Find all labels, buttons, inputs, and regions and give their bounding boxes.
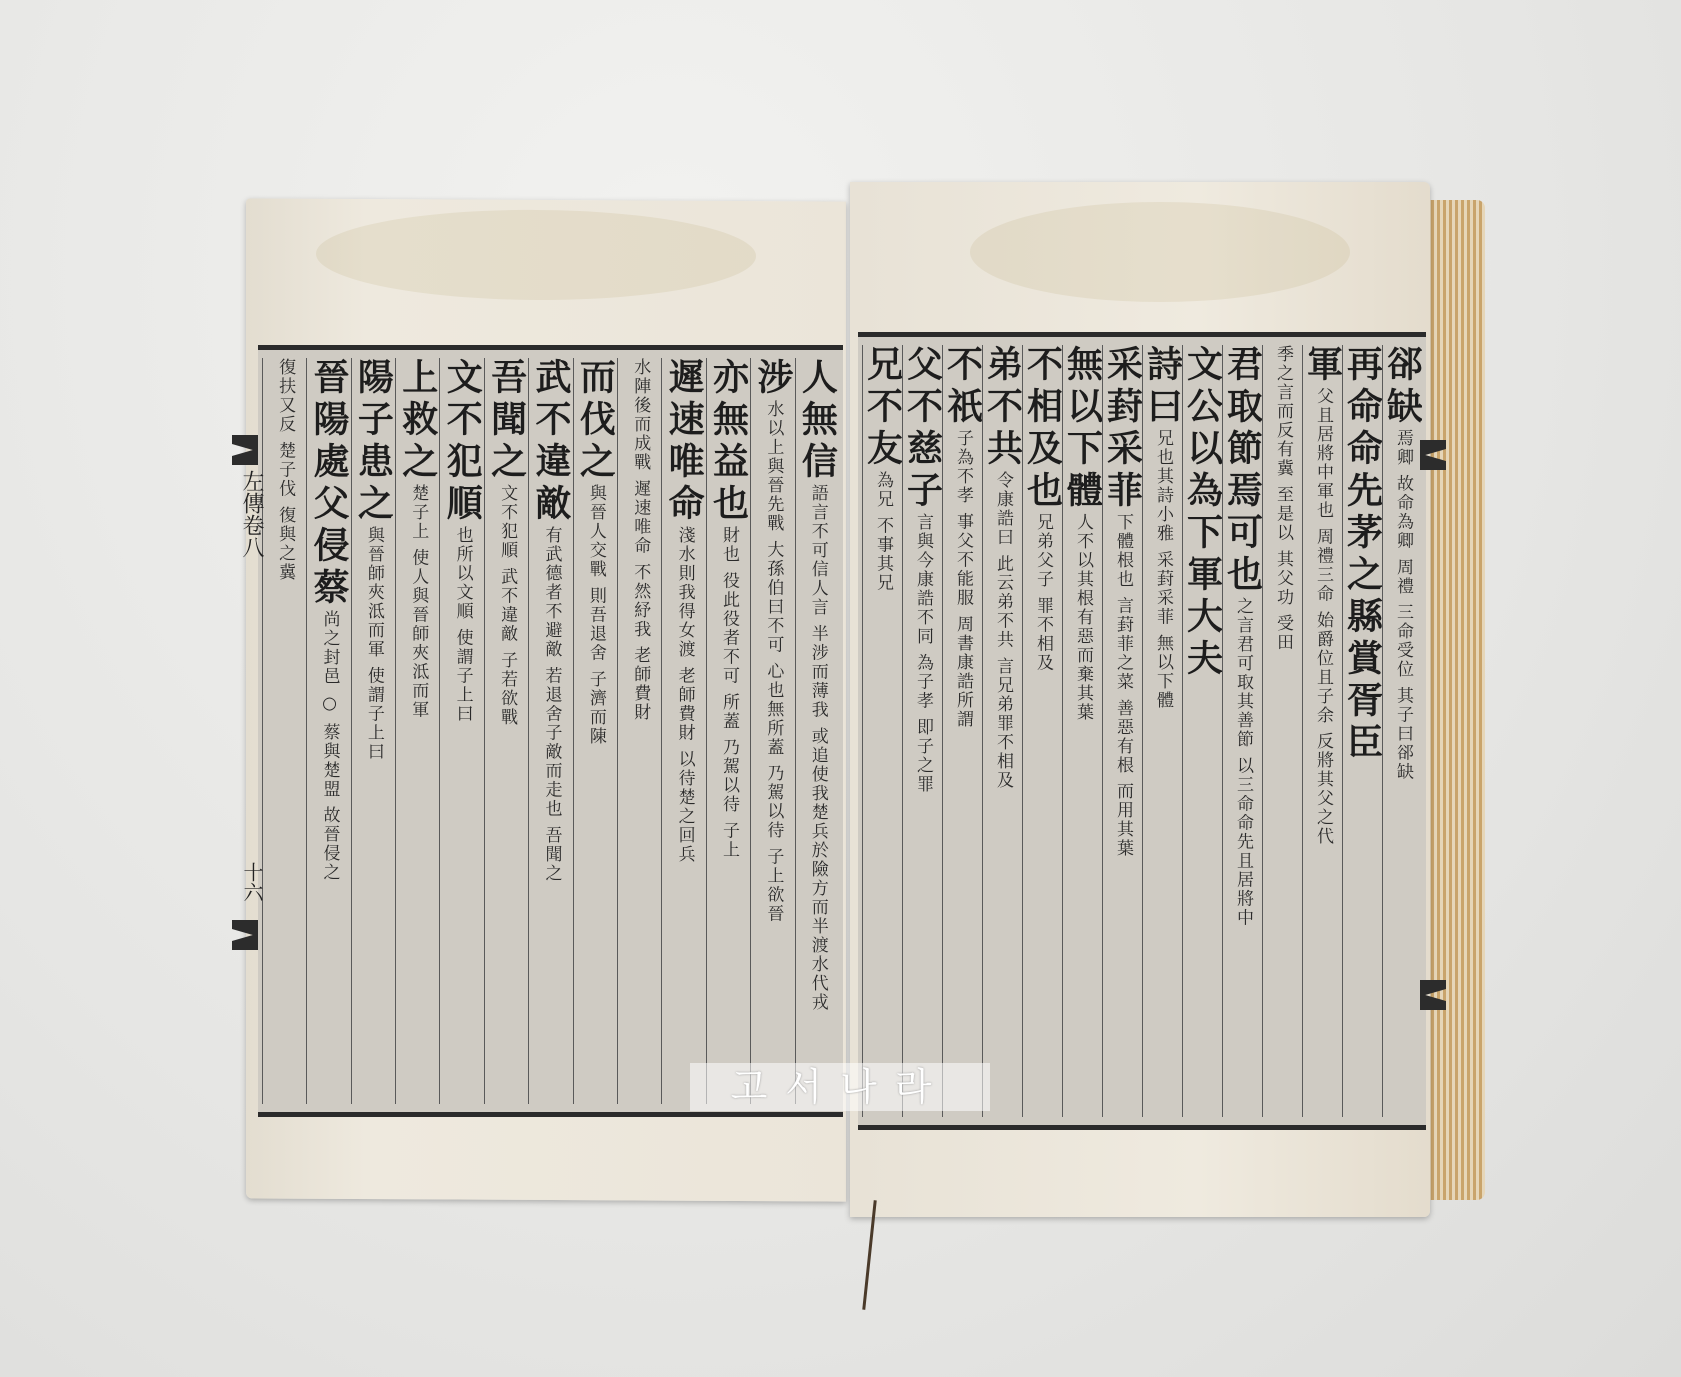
main-text: 不相及也 bbox=[1022, 345, 1062, 513]
main-text: 君取節焉可也 bbox=[1222, 345, 1262, 597]
right-page-text-frame: 郤缺焉卿 故命為卿 周禮 三命受位 其子曰郤缺再命命先茅之縣賞胥臣軍父且居將中軍… bbox=[858, 332, 1426, 1130]
main-text: 上救之 bbox=[396, 358, 440, 484]
commentary-text: 與晉人交戰 則吾退舍 子濟而陳 bbox=[586, 484, 605, 746]
text-column: 郤缺焉卿 故命為卿 周禮 三命受位 其子曰郤缺 bbox=[1382, 345, 1422, 1117]
commentary-text: 也所以文順 使謂子上曰 bbox=[453, 526, 472, 723]
commentary-text: 言與今康誥不同 為子孝 即子之罪 bbox=[913, 513, 932, 794]
commentary-text: 子為不孝 事父不能服 周書康誥所謂 bbox=[953, 429, 972, 729]
main-text: 軍 bbox=[1302, 345, 1342, 387]
commentary-text: 焉卿 故命為卿 周禮 三命受位 其子曰郤缺 bbox=[1393, 429, 1412, 782]
text-column: 吾聞之文不犯順 武不違敵 子若欲戰 bbox=[484, 358, 528, 1104]
text-column: 上救之楚子上 使人與晉師夾泜而軍 bbox=[395, 358, 439, 1104]
main-text: 父不慈子 bbox=[902, 345, 942, 513]
text-column: 遲速唯命淺水則我得女渡 老師費財 以待楚之回兵 bbox=[661, 358, 705, 1104]
commentary-text: 人不以其根有惡而棄其葉 bbox=[1073, 513, 1092, 722]
text-column: 晉陽處父侵蔡尚之封邑 ○ 蔡與楚盟 故晉侵之 bbox=[306, 358, 350, 1104]
commentary-text: 文不犯順 武不違敵 子若欲戰 bbox=[497, 484, 516, 727]
page-edges bbox=[1425, 200, 1485, 1200]
commentary-text: 兄也其詩小雅 采葑采菲 無以下體 bbox=[1153, 429, 1172, 710]
commentary-text: 有武德者不避敵 若退舍子敵而走也 吾聞之 bbox=[541, 526, 560, 883]
main-text: 遲速唯命 bbox=[662, 358, 706, 526]
main-text: 武不違敵 bbox=[529, 358, 573, 526]
main-text: 采葑采菲 bbox=[1102, 345, 1142, 513]
main-text: 弟不共 bbox=[982, 345, 1022, 471]
text-column: 復扶又反 楚子伐 復與之冀 bbox=[262, 358, 306, 1104]
page-number: 十六 bbox=[238, 862, 267, 902]
text-column: 軍父且居將中軍也 周禮三命 始爵位且子余 反將其父之代 bbox=[1302, 345, 1342, 1117]
text-column: 父不慈子言與今康誥不同 為子孝 即子之罪 bbox=[902, 345, 942, 1117]
text-column: 兄不友為兄 不事其兄 bbox=[862, 345, 902, 1117]
text-column: 人無信語言不可信人言 半涉而薄我 或追使我楚兵於險方而半渡水代戎 bbox=[795, 358, 839, 1104]
text-column: 而伐之與晉人交戰 則吾退舍 子濟而陳 bbox=[573, 358, 617, 1104]
main-text: 亦無益也 bbox=[707, 358, 751, 526]
main-text: 再命命先茅之縣賞胥臣 bbox=[1342, 345, 1382, 765]
commentary-text: 下體根也 言葑菲之菜 善惡有根 而用其葉 bbox=[1113, 513, 1132, 858]
text-column: 詩曰兄也其詩小雅 采葑采菲 無以下體 bbox=[1142, 345, 1182, 1117]
commentary-text: 楚子上 使人與晉師夾泜而軍 bbox=[408, 484, 427, 719]
commentary-text: 之言君可取其善節 以三命命先且居將中 bbox=[1233, 597, 1252, 927]
text-column: 弟不共令康誥曰 此云弟不共 言兄弟罪不相及 bbox=[982, 345, 1022, 1117]
commentary-text: 令康誥曰 此云弟不共 言兄弟罪不相及 bbox=[993, 471, 1012, 790]
text-column: 陽子患之與晉師夾泜而軍 使謂子上曰 bbox=[351, 358, 395, 1104]
text-column: 文公以為下軍大夫 bbox=[1182, 345, 1222, 1117]
text-column: 季之言而反有冀 至是以 其父功 受田 bbox=[1262, 345, 1302, 1117]
commentary-text: 語言不可信人言 半涉而薄我 或追使我楚兵於險方而半渡水代戎 bbox=[808, 484, 827, 1012]
commentary-text: 為兄 不事其兄 bbox=[873, 471, 892, 592]
water-stain bbox=[970, 202, 1350, 302]
main-text: 無以下體 bbox=[1062, 345, 1102, 513]
commentary-text: 財也 役此役者不可 所蓋 乃駕以待 子上 bbox=[719, 526, 738, 860]
text-column: 武不違敵有武德者不避敵 若退舍子敵而走也 吾聞之 bbox=[528, 358, 572, 1104]
text-column: 水陣後而成戰 遲速唯命 不然紓我 老師費財 bbox=[617, 358, 661, 1104]
main-text: 文不犯順 bbox=[440, 358, 484, 526]
text-column: 涉水以上與晉先戰 大孫伯曰不可 心也無所蓋 乃駕以待 子上欲晉 bbox=[750, 358, 794, 1104]
main-text: 而伐之 bbox=[573, 358, 617, 484]
commentary-text: 水以上與晉先戰 大孫伯曰不可 心也無所蓋 乃駕以待 子上欲晉 bbox=[763, 400, 782, 924]
commentary-text: 兄弟父子 罪不相及 bbox=[1033, 513, 1052, 672]
text-column: 采葑采菲下體根也 言葑菲之菜 善惡有根 而用其葉 bbox=[1102, 345, 1142, 1117]
commentary-text: 水陣後而成戰 遲速唯命 不然紓我 老師費財 bbox=[630, 358, 649, 722]
main-text: 吾聞之 bbox=[485, 358, 529, 484]
main-text: 詩曰 bbox=[1142, 345, 1182, 429]
text-column: 無以下體人不以其根有惡而棄其葉 bbox=[1062, 345, 1102, 1117]
commentary-text: 淺水則我得女渡 老師費財 以待楚之回兵 bbox=[675, 526, 694, 864]
main-text: 晉陽處父侵蔡 bbox=[307, 358, 351, 610]
text-column: 不相及也兄弟父子 罪不相及 bbox=[1022, 345, 1062, 1117]
commentary-text: 與晉師夾泜而軍 使謂子上曰 bbox=[364, 526, 383, 761]
book-title-margin: 左傳卷八 bbox=[236, 470, 267, 558]
commentary-text: 父且居將中軍也 周禮三命 始爵位且子余 反將其父之代 bbox=[1313, 387, 1332, 846]
commentary-text: 季之言而反有冀 至是以 其父功 受田 bbox=[1273, 345, 1292, 652]
main-text: 陽子患之 bbox=[351, 358, 395, 526]
main-text: 涉 bbox=[751, 358, 795, 400]
water-stain bbox=[316, 209, 756, 301]
main-text: 不祇 bbox=[942, 345, 982, 429]
text-column: 不祇子為不孝 事父不能服 周書康誥所謂 bbox=[942, 345, 982, 1117]
text-column: 文不犯順也所以文順 使謂子上曰 bbox=[439, 358, 483, 1104]
commentary-text: 復扶又反 楚子伐 復與之冀 bbox=[275, 358, 294, 582]
main-text: 文公以為下軍大夫 bbox=[1182, 345, 1222, 681]
left-page-text-frame: 人無信語言不可信人言 半涉而薄我 或追使我楚兵於險方而半渡水代戎涉水以上與晉先戰… bbox=[258, 345, 843, 1117]
text-column: 亦無益也財也 役此役者不可 所蓋 乃駕以待 子上 bbox=[706, 358, 750, 1104]
watermark: 고서나라 bbox=[690, 1063, 990, 1111]
text-column: 再命命先茅之縣賞胥臣 bbox=[1342, 345, 1382, 1117]
main-text: 人無信 bbox=[795, 358, 839, 484]
text-column: 君取節焉可也之言君可取其善節 以三命命先且居將中 bbox=[1222, 345, 1262, 1117]
commentary-text: 尚之封邑 ○ 蔡與楚盟 故晉侵之 bbox=[320, 610, 339, 882]
main-text: 兄不友 bbox=[862, 345, 902, 471]
main-text: 郤缺 bbox=[1382, 345, 1422, 429]
